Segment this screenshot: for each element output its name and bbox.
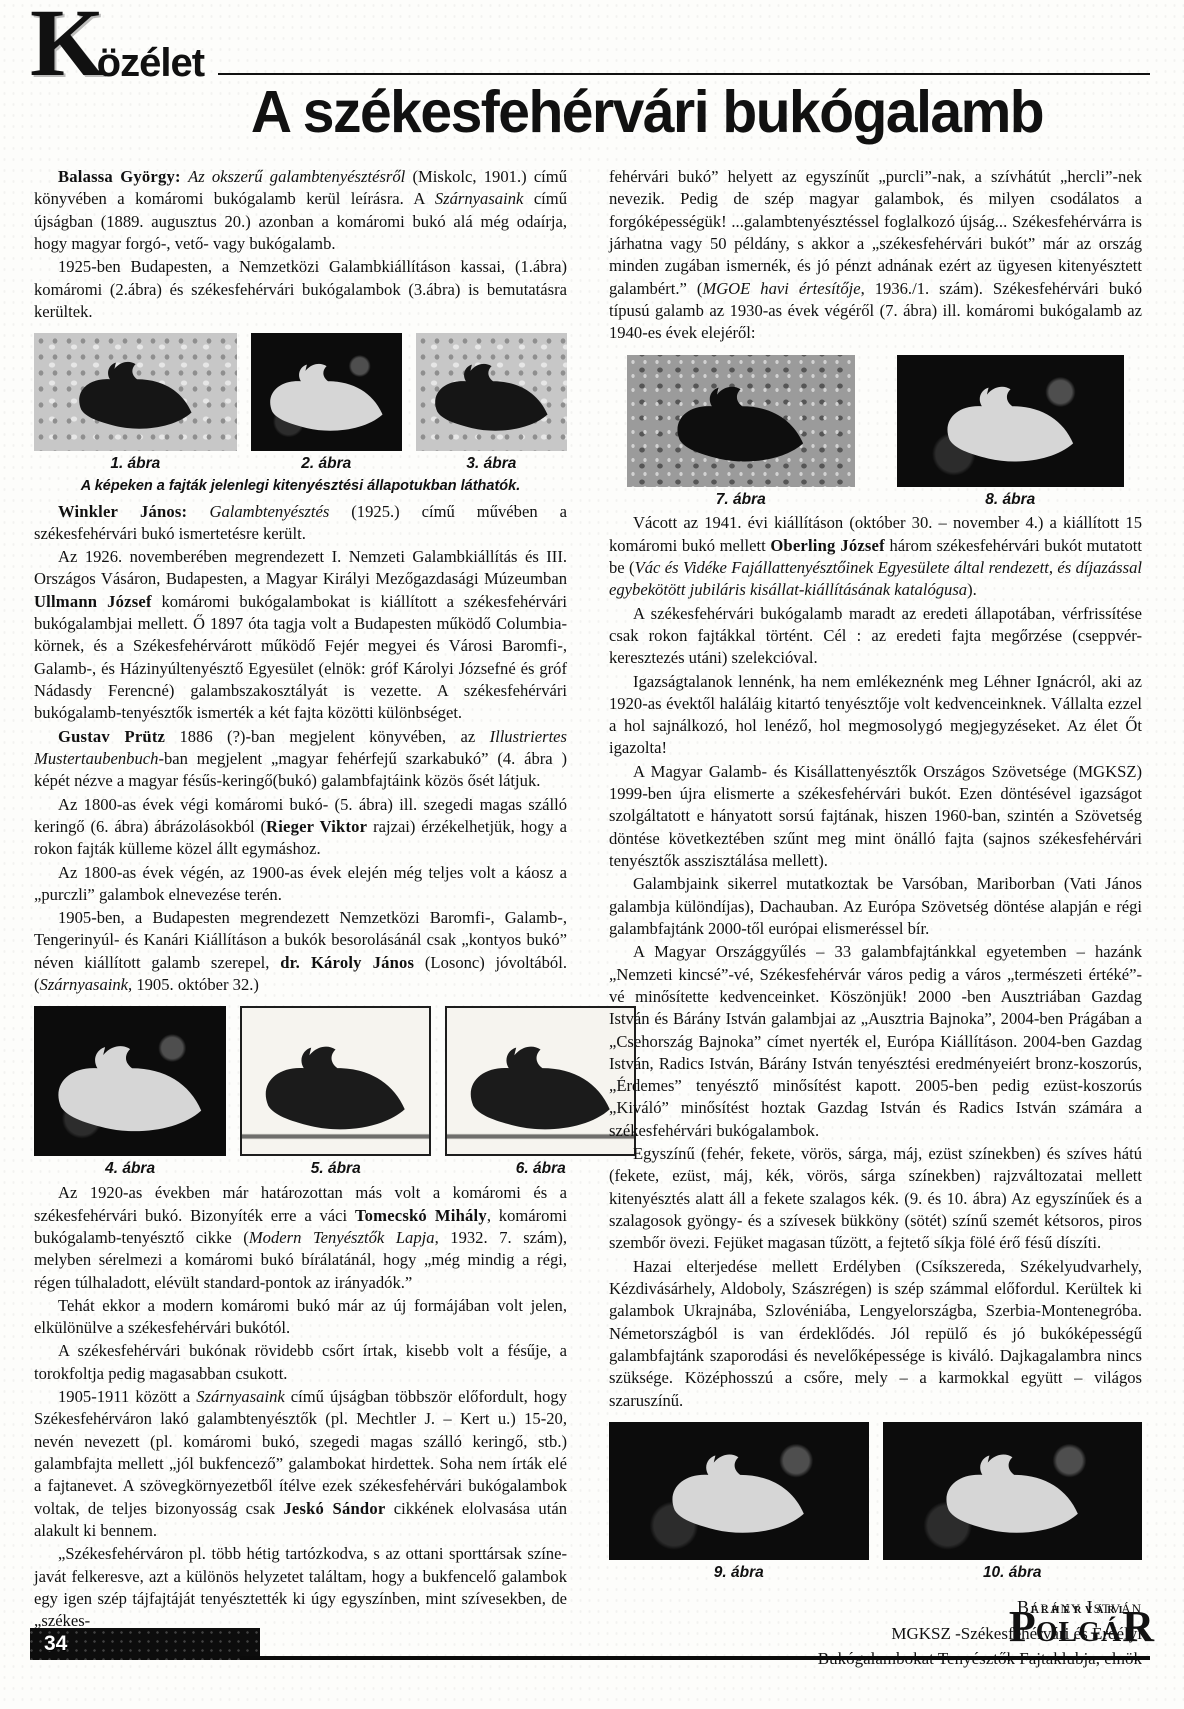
figure-label: 3. ábra (416, 451, 567, 475)
figure: 4. ábra (34, 1006, 226, 1180)
pigeon-photo (240, 1006, 431, 1156)
paragraph: 1905-ben, a Budapesten megrendezett Nemz… (34, 907, 567, 996)
paragraph: Gustav Prütz 1886 (?)-ban megjelent köny… (34, 726, 567, 793)
pigeon-photo (251, 333, 402, 451)
paragraph: 1925-ben Budapesten, a Nemzetközi Galamb… (34, 256, 567, 323)
magazine-logo: FEHÉRVÁRI POLGÁR (1009, 1608, 1154, 1642)
section-initial-letter: K (30, 6, 101, 81)
figure-label: 5. ábra (240, 1156, 431, 1180)
paragraph: Az 1920-as években már határozottan más … (34, 1182, 567, 1294)
pigeon-photo (34, 1006, 226, 1156)
paragraph: Az 1926. novemberében megrendezett I. Ne… (34, 546, 567, 725)
paragraph: A Magyar Országgyűlés – 33 galambfajtánk… (609, 941, 1142, 1142)
page-header: K özélet A székesfehérvári bukógalamb (0, 0, 1184, 156)
paragraph: A székesfehérvári bukónak rövidebb csőrt… (34, 1340, 567, 1385)
figure: 6. ábra (445, 1006, 636, 1180)
paragraph: A székesfehérvári bukógalamb maradt az e… (609, 603, 1142, 670)
pigeon-silhouette-icon (447, 1027, 634, 1147)
pigeon-photo (609, 1422, 869, 1560)
paragraph: A Magyar Galamb- és Kisállattenyésztők O… (609, 761, 1142, 873)
left-column: Balassa György: Az okszerű galambtenyész… (34, 166, 567, 1672)
figure-label: 10. ábra (883, 1560, 1143, 1584)
pigeon-silhouette-icon (656, 369, 825, 477)
figure: 3. ábra (416, 333, 567, 475)
figure-label: 6. ábra (445, 1156, 636, 1180)
paragraph: „Székesfehérváron pl. több hétig tartózk… (34, 1543, 567, 1632)
figure-label: 9. ábra (609, 1560, 869, 1584)
figure: 8. ábra (897, 355, 1125, 511)
pigeon-silhouette-icon (34, 1026, 226, 1149)
right-column: fehérvári bukó” helyett az egyszínűt „pu… (609, 166, 1142, 1672)
pigeon-silhouette-icon (924, 1436, 1101, 1549)
pigeon-photo (445, 1006, 636, 1156)
page-number-bar: 34 (30, 1628, 260, 1660)
figure-label: 2. ábra (251, 451, 402, 475)
pigeon-photo (416, 333, 567, 451)
paragraph: Balassa György: Az okszerű galambtenyész… (34, 166, 567, 255)
figure-row-caption: A képeken a fajták jelenlegi kitenyészté… (34, 477, 567, 497)
figure-label: 4. ábra (34, 1156, 226, 1180)
pigeon-photo (34, 333, 237, 451)
paragraph: Galambjaink sikerrel mutatkoztak be Vars… (609, 873, 1142, 940)
logo-letters-mid: OLGÁ (1036, 1617, 1122, 1648)
pigeon-photo (897, 355, 1125, 487)
pigeon-silhouette-icon (650, 1436, 827, 1549)
page-number: 34 (30, 1632, 67, 1656)
pigeon-photo (883, 1422, 1143, 1560)
section-kicker: K özélet (30, 6, 1154, 81)
paragraph: Az 1800-as évek végén, az 1900-as évek e… (34, 862, 567, 907)
figure-label: 7. ábra (627, 487, 855, 511)
pigeon-silhouette-icon (60, 346, 211, 443)
paragraph: Az 1800-as évek végi komáromi bukó- (5. … (34, 794, 567, 861)
figure: 9. ábra (609, 1422, 869, 1584)
figure: 10. ábra (883, 1422, 1143, 1584)
figure: 7. ábra (627, 355, 855, 511)
paragraph: Winkler János: Galambtenyésztés (1925.) … (34, 501, 567, 546)
figure: 1. ábra (34, 333, 237, 475)
paragraph: Hazai elterjedése mellett Erdélyben (Csí… (609, 1256, 1142, 1412)
paragraph: 1905-1911 között a Szárnyasaink című újs… (34, 1386, 567, 1542)
footer-rule (240, 1656, 1150, 1660)
figure-row: 1. ábra2. ábra3. ábra (34, 333, 567, 475)
logo-letter-p: P (1009, 1602, 1036, 1651)
logo-letter-r: R (1122, 1602, 1154, 1651)
pigeon-silhouette-icon (242, 1027, 429, 1147)
paragraph: Tehát ekkor a modern komáromi bukó már a… (34, 1295, 567, 1340)
pigeon-silhouette-icon (251, 348, 402, 445)
pigeon-silhouette-icon (926, 369, 1095, 477)
article-body: Balassa György: Az okszerű galambtenyész… (0, 156, 1184, 1672)
page-title: A székesfehérvári bukógalamb (30, 83, 1154, 142)
page-footer: 34 FEHÉRVÁRI POLGÁR (0, 1622, 1184, 1682)
paragraph: Egyszínű (fehér, fekete, vörös, sárga, m… (609, 1143, 1142, 1255)
paragraph: Vácott az 1941. évi kiállításon (október… (609, 512, 1142, 601)
magazine-logo-main-text: POLGÁR (1009, 1628, 1154, 1645)
figure-row: 9. ábra10. ábra (609, 1422, 1142, 1584)
header-rule (218, 73, 1150, 75)
magazine-page: K özélet A székesfehérvári bukógalamb Ba… (0, 0, 1184, 1709)
figure-row: 4. ábra5. ábra6. ábra (34, 1006, 567, 1180)
paragraph: fehérvári bukó” helyett az egyszínűt „pu… (609, 166, 1142, 345)
pigeon-silhouette-icon (416, 348, 567, 445)
figure: 5. ábra (240, 1006, 431, 1180)
figure-row: 7. ábra8. ábra (609, 355, 1142, 511)
figure-label: 8. ábra (897, 487, 1125, 511)
pigeon-photo (627, 355, 855, 487)
paragraph: Igazságtalanok lennénk, ha nem emlékezné… (609, 671, 1142, 760)
figure-label: 1. ábra (34, 451, 237, 475)
figure: 2. ábra (251, 333, 402, 475)
section-label: özélet (97, 45, 204, 81)
